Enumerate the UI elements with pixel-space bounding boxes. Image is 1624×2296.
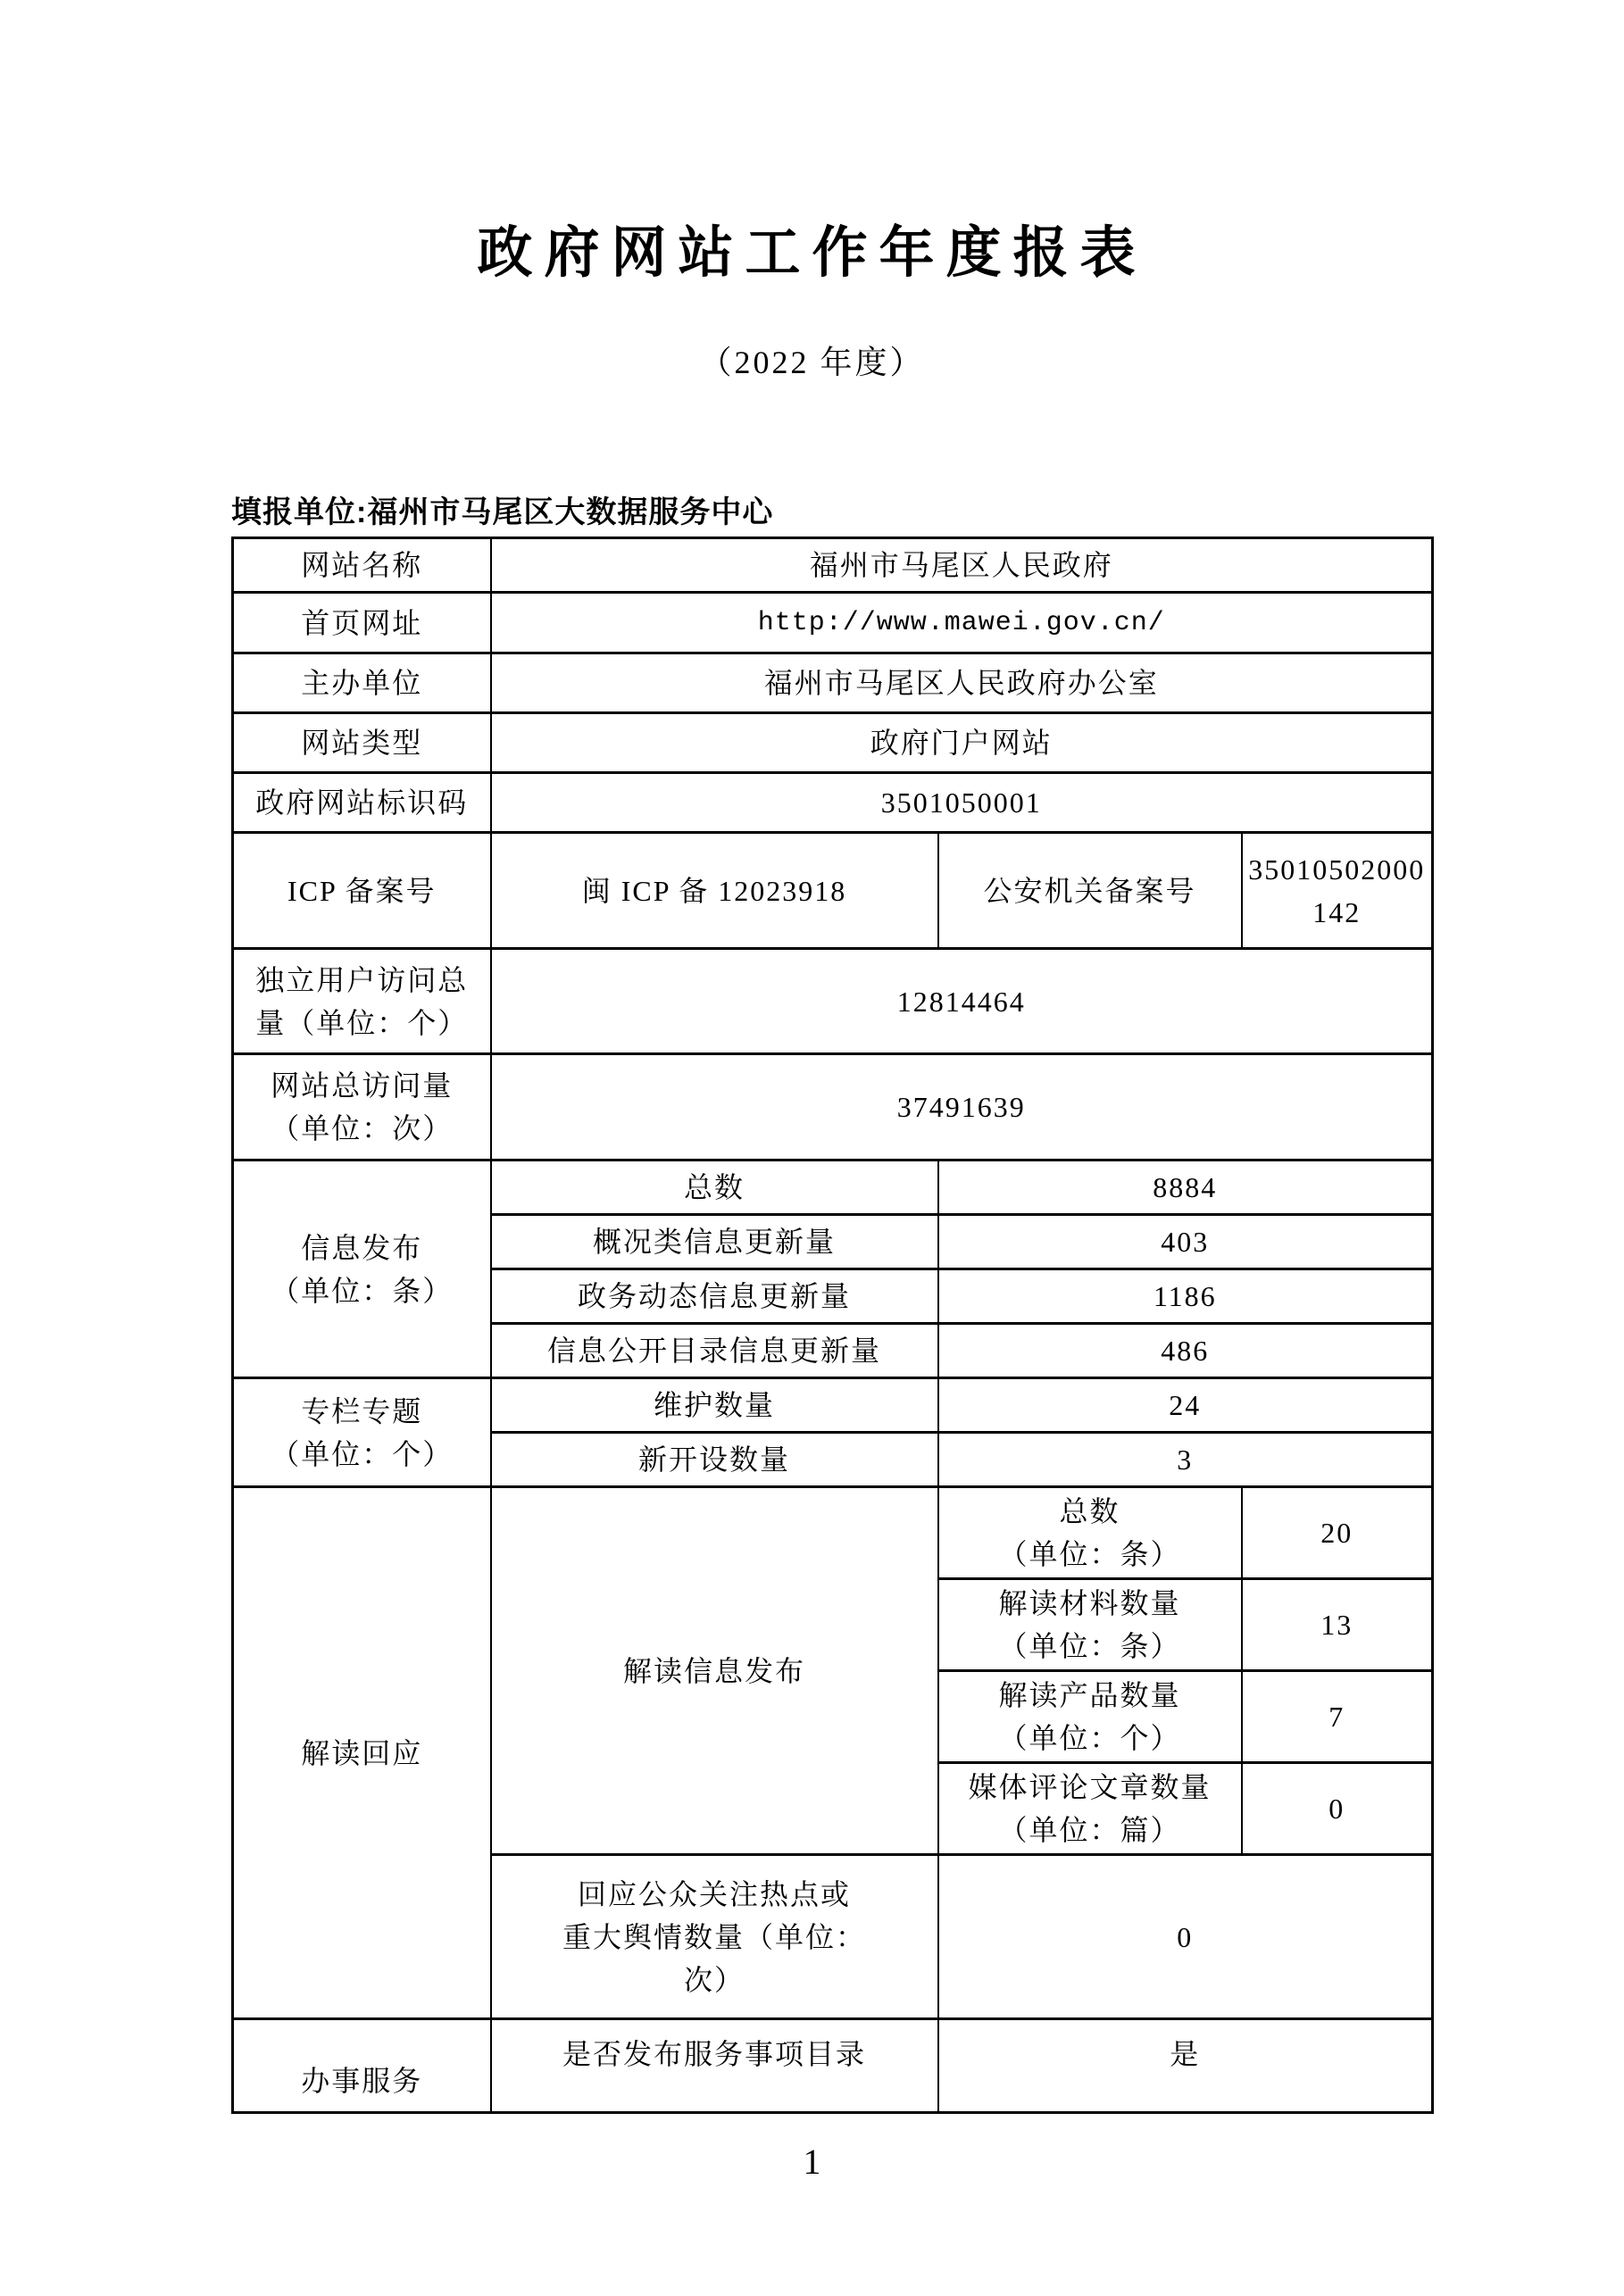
info-directory-value: 486 (938, 1324, 1433, 1378)
interp-media-label: 媒体评论文章数量 （单位：篇） (938, 1763, 1242, 1855)
table-row-icp: ICP 备案号 闽 ICP 备 12023918 公安机关备案号 3501050… (233, 833, 1433, 949)
document-subtitle: （2022 年度） (0, 337, 1624, 383)
icp-value: 闽 ICP 备 12023918 (491, 833, 938, 949)
site-code-label: 政府网站标识码 (233, 773, 491, 833)
table-row-interp-total: 解读回应 解读信息发布 总数 （单位：条） 20 (233, 1487, 1433, 1579)
table-row-unique-visitors: 独立用户访问总 量（单位：个） 12814464 (233, 949, 1433, 1054)
interp-products-value: 7 (1242, 1671, 1433, 1763)
document-title: 政府网站工作年度报表 (0, 208, 1624, 287)
table-row-site-name: 网站名称 福州市马尾区人民政府 (233, 538, 1433, 593)
info-total-label: 总数 (491, 1160, 938, 1215)
unique-visitors-label: 独立用户访问总 量（单位：个） (233, 949, 491, 1054)
interp-response-label: 回应公众关注热点或 重大舆情数量（单位： 次） (491, 1855, 938, 2019)
table-row-home-url: 首页网址 http://www.mawei.gov.cn/ (233, 593, 1433, 653)
home-url-label: 首页网址 (233, 593, 491, 653)
interp-materials-label: 解读材料数量 （单位：条） (938, 1579, 1242, 1671)
table-row-organizer: 主办单位 福州市马尾区人民政府办公室 (233, 653, 1433, 713)
info-overview-value: 403 (938, 1215, 1433, 1269)
icp-label: ICP 备案号 (233, 833, 491, 949)
table-row-site-code: 政府网站标识码 3501050001 (233, 773, 1433, 833)
site-type-value: 政府门户网站 (491, 713, 1433, 773)
table-row-total-visits: 网站总访问量 （单位：次） 37491639 (233, 1054, 1433, 1160)
services-directory-label: 是否发布服务事项目录 (491, 2019, 938, 2113)
table-row-site-type: 网站类型 政府门户网站 (233, 713, 1433, 773)
topics-maintained-value: 24 (938, 1378, 1433, 1433)
interpretation-group-label: 解读回应 (233, 1487, 491, 2019)
table-row-info-total: 信息发布 （单位：条） 总数 8884 (233, 1160, 1433, 1215)
site-name-label: 网站名称 (233, 538, 491, 593)
services-group-label: 办事服务 (233, 2019, 491, 2113)
table-row-topics-maintained: 专栏专题 （单位：个） 维护数量 24 (233, 1378, 1433, 1433)
annual-report-table: 网站名称 福州市马尾区人民政府 首页网址 http://www.mawei.go… (231, 537, 1434, 2114)
report-page: { "page": { "title": "政府网站工作年度报表", "subt… (0, 0, 1624, 2296)
table-row-services: 办事服务 是否发布服务事项目录 是 (233, 2019, 1433, 2113)
page-number: 1 (0, 2141, 1624, 2183)
preparer-unit-line: 填报单位:福州市马尾区大数据服务中心 (231, 487, 773, 531)
info-dynamics-label: 政务动态信息更新量 (491, 1269, 938, 1324)
site-code-value: 3501050001 (491, 773, 1433, 833)
interp-products-label: 解读产品数量 （单位：个） (938, 1671, 1242, 1763)
interp-response-value: 0 (938, 1855, 1433, 2019)
police-filing-value: 35010502000142 (1242, 833, 1433, 949)
topics-maintained-label: 维护数量 (491, 1378, 938, 1433)
organizer-label: 主办单位 (233, 653, 491, 713)
interp-materials-value: 13 (1242, 1579, 1433, 1671)
organizer-value: 福州市马尾区人民政府办公室 (491, 653, 1433, 713)
interp-total-label: 总数 （单位：条） (938, 1487, 1242, 1579)
unique-visitors-value: 12814464 (491, 949, 1433, 1054)
interpretation-release-label: 解读信息发布 (491, 1487, 938, 1855)
site-name-value: 福州市马尾区人民政府 (491, 538, 1433, 593)
home-url-value: http://www.mawei.gov.cn/ (491, 593, 1433, 653)
interp-media-value: 0 (1242, 1763, 1433, 1855)
total-visits-label: 网站总访问量 （单位：次） (233, 1054, 491, 1160)
special-topics-group-label: 专栏专题 （单位：个） (233, 1378, 491, 1487)
topics-new-label: 新开设数量 (491, 1433, 938, 1487)
topics-new-value: 3 (938, 1433, 1433, 1487)
info-dynamics-value: 1186 (938, 1269, 1433, 1324)
services-directory-value: 是 (938, 2019, 1433, 2113)
info-directory-label: 信息公开目录信息更新量 (491, 1324, 938, 1378)
site-type-label: 网站类型 (233, 713, 491, 773)
info-release-group-label: 信息发布 （单位：条） (233, 1160, 491, 1378)
interp-total-value: 20 (1242, 1487, 1433, 1579)
total-visits-value: 37491639 (491, 1054, 1433, 1160)
police-filing-label: 公安机关备案号 (938, 833, 1242, 949)
info-total-value: 8884 (938, 1160, 1433, 1215)
info-overview-label: 概况类信息更新量 (491, 1215, 938, 1269)
